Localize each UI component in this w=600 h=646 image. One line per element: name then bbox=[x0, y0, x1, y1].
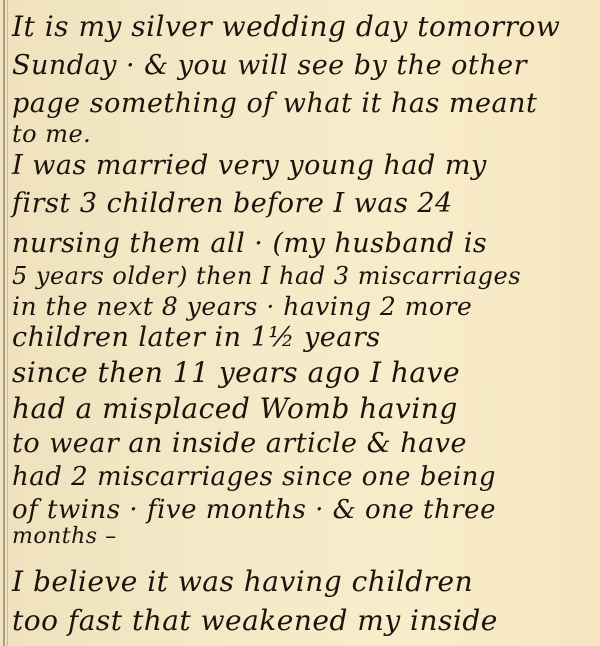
letter-line-1: It is my silver wedding day tomorrow bbox=[12, 10, 560, 43]
letter-line-5: I was married very young had my bbox=[12, 150, 487, 181]
letter-page: It is my silver wedding day tomorrow Sun… bbox=[0, 0, 600, 646]
letter-line-11: since then 11 years ago I have bbox=[12, 356, 460, 389]
letter-line-15: of twins · five months · & one three bbox=[12, 495, 496, 525]
margin-rule-inner bbox=[7, 0, 8, 646]
letter-line-18: too fast that weakened my inside bbox=[12, 604, 498, 637]
letter-line-9: in the next 8 years · having 2 more bbox=[12, 292, 472, 321]
margin-rule bbox=[3, 0, 5, 646]
letter-line-8: 5 years older) then I had 3 miscarriages bbox=[12, 262, 521, 290]
letter-line-14: had 2 miscarriages since one being bbox=[12, 462, 496, 492]
letter-line-16: months – bbox=[12, 524, 117, 549]
letter-line-13: to wear an inside article & have bbox=[12, 428, 467, 459]
letter-line-4: to me. bbox=[12, 120, 91, 148]
letter-line-10: children later in 1½ years bbox=[12, 322, 381, 353]
letter-line-12: had a misplaced Womb having bbox=[12, 392, 458, 425]
letter-line-17: I believe it was having children bbox=[12, 565, 473, 598]
letter-line-6: first 3 children before I was 24 bbox=[12, 188, 453, 219]
letter-line-3: page something of what it has meant bbox=[12, 88, 537, 119]
letter-line-2: Sunday · & you will see by the other bbox=[12, 50, 527, 81]
letter-line-7: nursing them all · (my husband is bbox=[12, 228, 487, 259]
